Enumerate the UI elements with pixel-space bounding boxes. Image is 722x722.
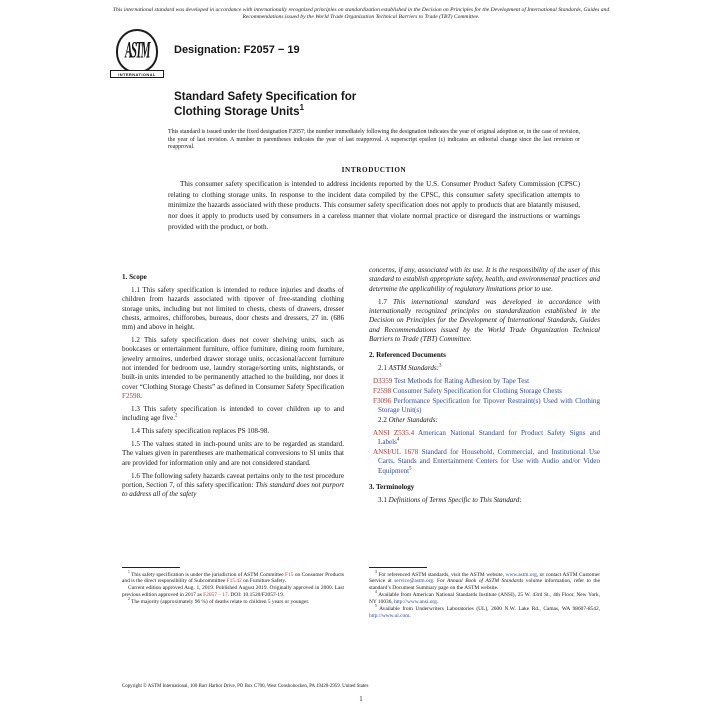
astm-logo-banner: INTERNATIONAL <box>110 70 164 78</box>
standard-reference-link[interactable]: F3096 <box>373 397 394 405</box>
astm-logo: ASTM INTERNATIONAL <box>108 29 166 78</box>
right-column: concerns, if any, associated with its us… <box>369 266 600 566</box>
text-segment: 1.1 This safety specification is intende… <box>122 286 344 331</box>
text-segment: Annual Book of ASTM Standards <box>447 578 523 584</box>
paragraph: 1.1 This safety specification is intende… <box>122 286 344 333</box>
footnote: 5 Available from Underwriters Laboratori… <box>369 606 600 620</box>
standard-reference-link[interactable]: F2598 <box>373 387 393 395</box>
standard-reference-link[interactable]: Consumer Safety Specification for Clothi… <box>393 387 562 395</box>
text-segment: concerns, if any, associated with its us… <box>369 266 600 293</box>
title-line-2: Clothing Storage Units1 <box>174 105 574 120</box>
left-column: 1. Scope1.1 This safety specification is… <box>122 266 344 566</box>
text-segment: ASTM Standards: <box>389 364 439 372</box>
text-segment: 1.4 This safety specification replaces P… <box>131 427 269 435</box>
footnote: Current edition approved Aug. 1, 2019. P… <box>122 585 344 599</box>
footnote-divider <box>122 567 180 568</box>
standard-reference-link[interactable]: www.astm.org <box>506 572 537 578</box>
section-heading: 1. Scope <box>122 273 344 282</box>
paragraph: 1.6 The following safety hazards caveat … <box>122 472 344 500</box>
paragraph: 1.4 This safety specification replaces P… <box>122 427 344 436</box>
text-segment: Definitions of Terms Specific to This St… <box>389 496 522 504</box>
section-heading: 2. Referenced Documents <box>369 351 600 360</box>
paragraph: 3.1 Definitions of Terms Specific to Thi… <box>369 496 600 505</box>
standard-reference-link[interactable]: ANSI Z535.4 <box>373 429 418 437</box>
text-segment: 1.5 The values stated in inch-pound unit… <box>122 440 344 467</box>
footnote-divider <box>369 567 427 568</box>
footnote: 4 Available from American National Stand… <box>369 592 600 606</box>
text-segment: 4 <box>397 438 399 443</box>
paragraph: 2.1 ASTM Standards:3 <box>369 364 600 373</box>
standard-reference-link[interactable]: F15.42 <box>227 578 242 584</box>
paragraph: 1.3 This safety specification is intende… <box>122 405 344 424</box>
text-segment: For referenced ASTM standards, visit the… <box>377 572 506 578</box>
reference-item: D3359 Test Methods for Rating Adhesion b… <box>369 377 600 386</box>
standard-reference-link[interactable]: http://www.ansi.org <box>394 599 437 605</box>
text-segment: . <box>140 392 142 400</box>
reference-item: ANSI/UL 1678 Standard for Household, Com… <box>369 448 600 476</box>
footnotes-left: 1 This safety specification is under the… <box>122 567 344 606</box>
paragraph: concerns, if any, associated with its us… <box>369 266 600 294</box>
text-segment: . For <box>433 578 447 584</box>
footnote: 2 The majority (approximately 96 %) of d… <box>122 599 344 606</box>
standard-reference-link[interactable]: Performance Specification for Tipover Re… <box>378 397 600 414</box>
wto-header-note: This international standard was develope… <box>112 7 610 22</box>
text-segment: 2 <box>175 414 177 419</box>
text-segment: . <box>409 613 410 619</box>
text-segment: The majority (approximately 96 %) of dea… <box>130 599 309 605</box>
reference-item: F2598 Consumer Safety Specification for … <box>369 387 600 396</box>
standard-reference-link[interactable]: http://www.ul.com <box>369 613 409 619</box>
page-number: 1 <box>122 696 600 703</box>
paragraph: 1.7 This international standard was deve… <box>369 298 600 345</box>
text-segment: 2.1 <box>378 364 389 372</box>
text-segment: 3.1 <box>378 496 389 504</box>
text-segment: This international standard was develope… <box>369 298 600 343</box>
designation-label: Designation: F2057 − 19 <box>174 44 300 56</box>
standard-reference-link[interactable]: F2598 <box>122 392 140 400</box>
text-segment: 2.2 <box>378 416 389 424</box>
title-line-1: Standard Safety Specification for <box>174 90 574 105</box>
astm-logo-icon: ASTM <box>116 29 158 73</box>
paragraph: 1.2 This safety specification does not c… <box>122 336 344 401</box>
text-segment: 1. Scope <box>122 273 147 281</box>
text-segment: 3 <box>439 364 441 369</box>
text-segment: . <box>437 599 438 605</box>
document-title: Standard Safety Specification for Clothi… <box>174 90 574 119</box>
introduction-heading: INTRODUCTION <box>168 166 580 174</box>
footnote: 1 This safety specification is under the… <box>122 572 344 586</box>
text-segment: . DOI: 10.1520/F2057-19. <box>228 592 284 598</box>
issuance-note: This standard is issued under the fixed … <box>168 129 580 152</box>
standard-reference-link[interactable]: ANSI/UL 1678 <box>373 448 422 456</box>
section-heading: 3. Terminology <box>369 483 600 492</box>
text-segment: This safety specification is under the j… <box>130 572 285 578</box>
standard-reference-link[interactable]: Test Methods for Rating Adhesion by Tape… <box>394 377 529 385</box>
text-segment: Other Standards: <box>389 416 438 424</box>
text-segment: 1.3 This safety specification is intende… <box>122 405 344 422</box>
text-segment: 2. Referenced Documents <box>369 351 446 359</box>
text-segment: 3. Terminology <box>369 483 414 491</box>
reference-item: ANSI Z535.4 American National Standard f… <box>369 429 600 448</box>
footnotes-right: 3 For referenced ASTM standards, visit t… <box>369 567 600 620</box>
standard-reference-link[interactable]: F2057 – 17 <box>203 592 228 598</box>
document-page: { "page": { "top_note": "This internatio… <box>0 0 722 722</box>
footnote: 3 For referenced ASTM standards, visit t… <box>369 572 600 593</box>
text-segment: Available from Underwriters Laboratories… <box>377 606 600 612</box>
text-segment: on Furniture Safety. <box>242 578 286 584</box>
reference-item: F3096 Performance Specification for Tipo… <box>369 397 600 416</box>
standard-reference-link[interactable]: service@astm.org <box>394 578 433 584</box>
text-segment: 1.7 <box>378 298 393 306</box>
paragraph: 1.5 The values stated in inch-pound unit… <box>122 440 344 468</box>
introduction-paragraph: This consumer safety specification is in… <box>168 179 580 233</box>
text-segment: 5 <box>409 466 411 471</box>
standard-reference-link[interactable]: D3359 <box>373 377 394 385</box>
paragraph: 2.2 Other Standards: <box>369 416 600 425</box>
title-footnote-marker: 1 <box>300 103 304 112</box>
copyright-line: Copyright © ASTM International, 100 Barr… <box>122 684 600 689</box>
text-segment: 1.2 This safety specification does not c… <box>122 336 344 391</box>
